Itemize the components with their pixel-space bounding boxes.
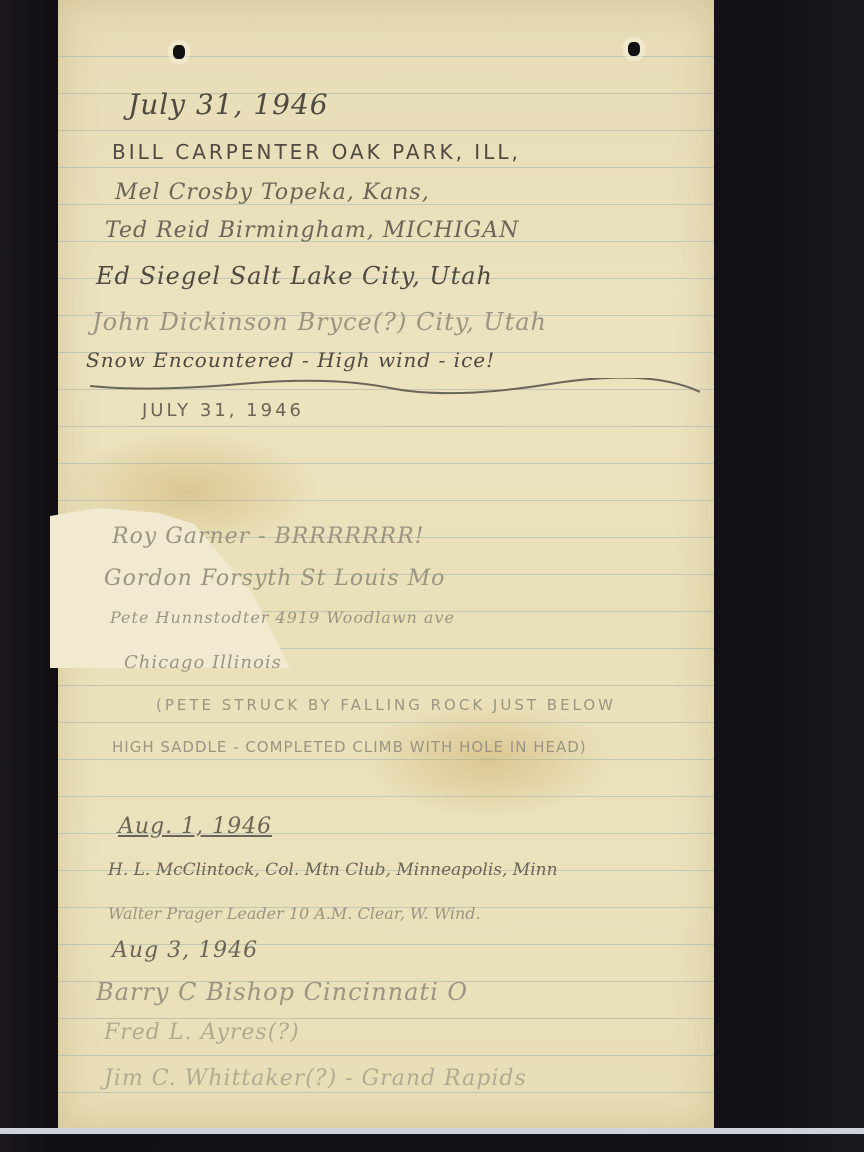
entry-line: Snow Encountered - High wind - ice! [86,348,495,372]
entry-line: Ted Reid Birmingham, MICHIGAN [105,218,519,243]
entry-line: Fred L. Ayres(?) [104,1020,300,1045]
entry-note: (PETE STRUCK BY FALLING ROCK JUST BELOW [156,696,616,714]
entry-line: John Dickinson Bryce(?) City, Utah [92,308,547,336]
entry-date: July 31, 1946 [128,88,329,121]
entry-line: H. L. McClintock, Col. Mtn Club, Minneap… [108,860,558,880]
underline [90,378,700,398]
punch-hole [628,42,640,56]
entry-line: BILL CARPENTER OAK PARK, ILL, [112,140,521,164]
entry-line: Gordon Forsyth St Louis Mo [104,566,445,591]
water-stain [358,700,618,820]
frame-edge [0,1128,864,1134]
entry-note: HIGH SADDLE - COMPLETED CLIMB WITH HOLE … [112,738,587,756]
entry-line: Roy Garner - BRRRRRRR! [112,524,425,549]
entry-date: Aug 3, 1946 [112,938,258,963]
entry-line: Mel Crosby Topeka, Kans, [115,180,430,205]
entry-line: Ed Siegel Salt Lake City, Utah [96,262,493,290]
entry-line: Jim C. Whittaker(?) - Grand Rapids [104,1066,527,1091]
entry-line: Barry C Bishop Cincinnati O [96,978,468,1006]
entry-date: Aug. 1, 1946 [118,814,272,839]
entry-line: Walter Prager Leader 10 A.M. Clear, W. W… [108,904,481,923]
punch-hole [173,45,185,59]
entry-line: Chicago Illinois [124,652,282,673]
entry-date: JULY 31, 1946 [142,400,304,421]
entry-line: Pete Hunnstodter 4919 Woodlawn ave [110,608,455,627]
